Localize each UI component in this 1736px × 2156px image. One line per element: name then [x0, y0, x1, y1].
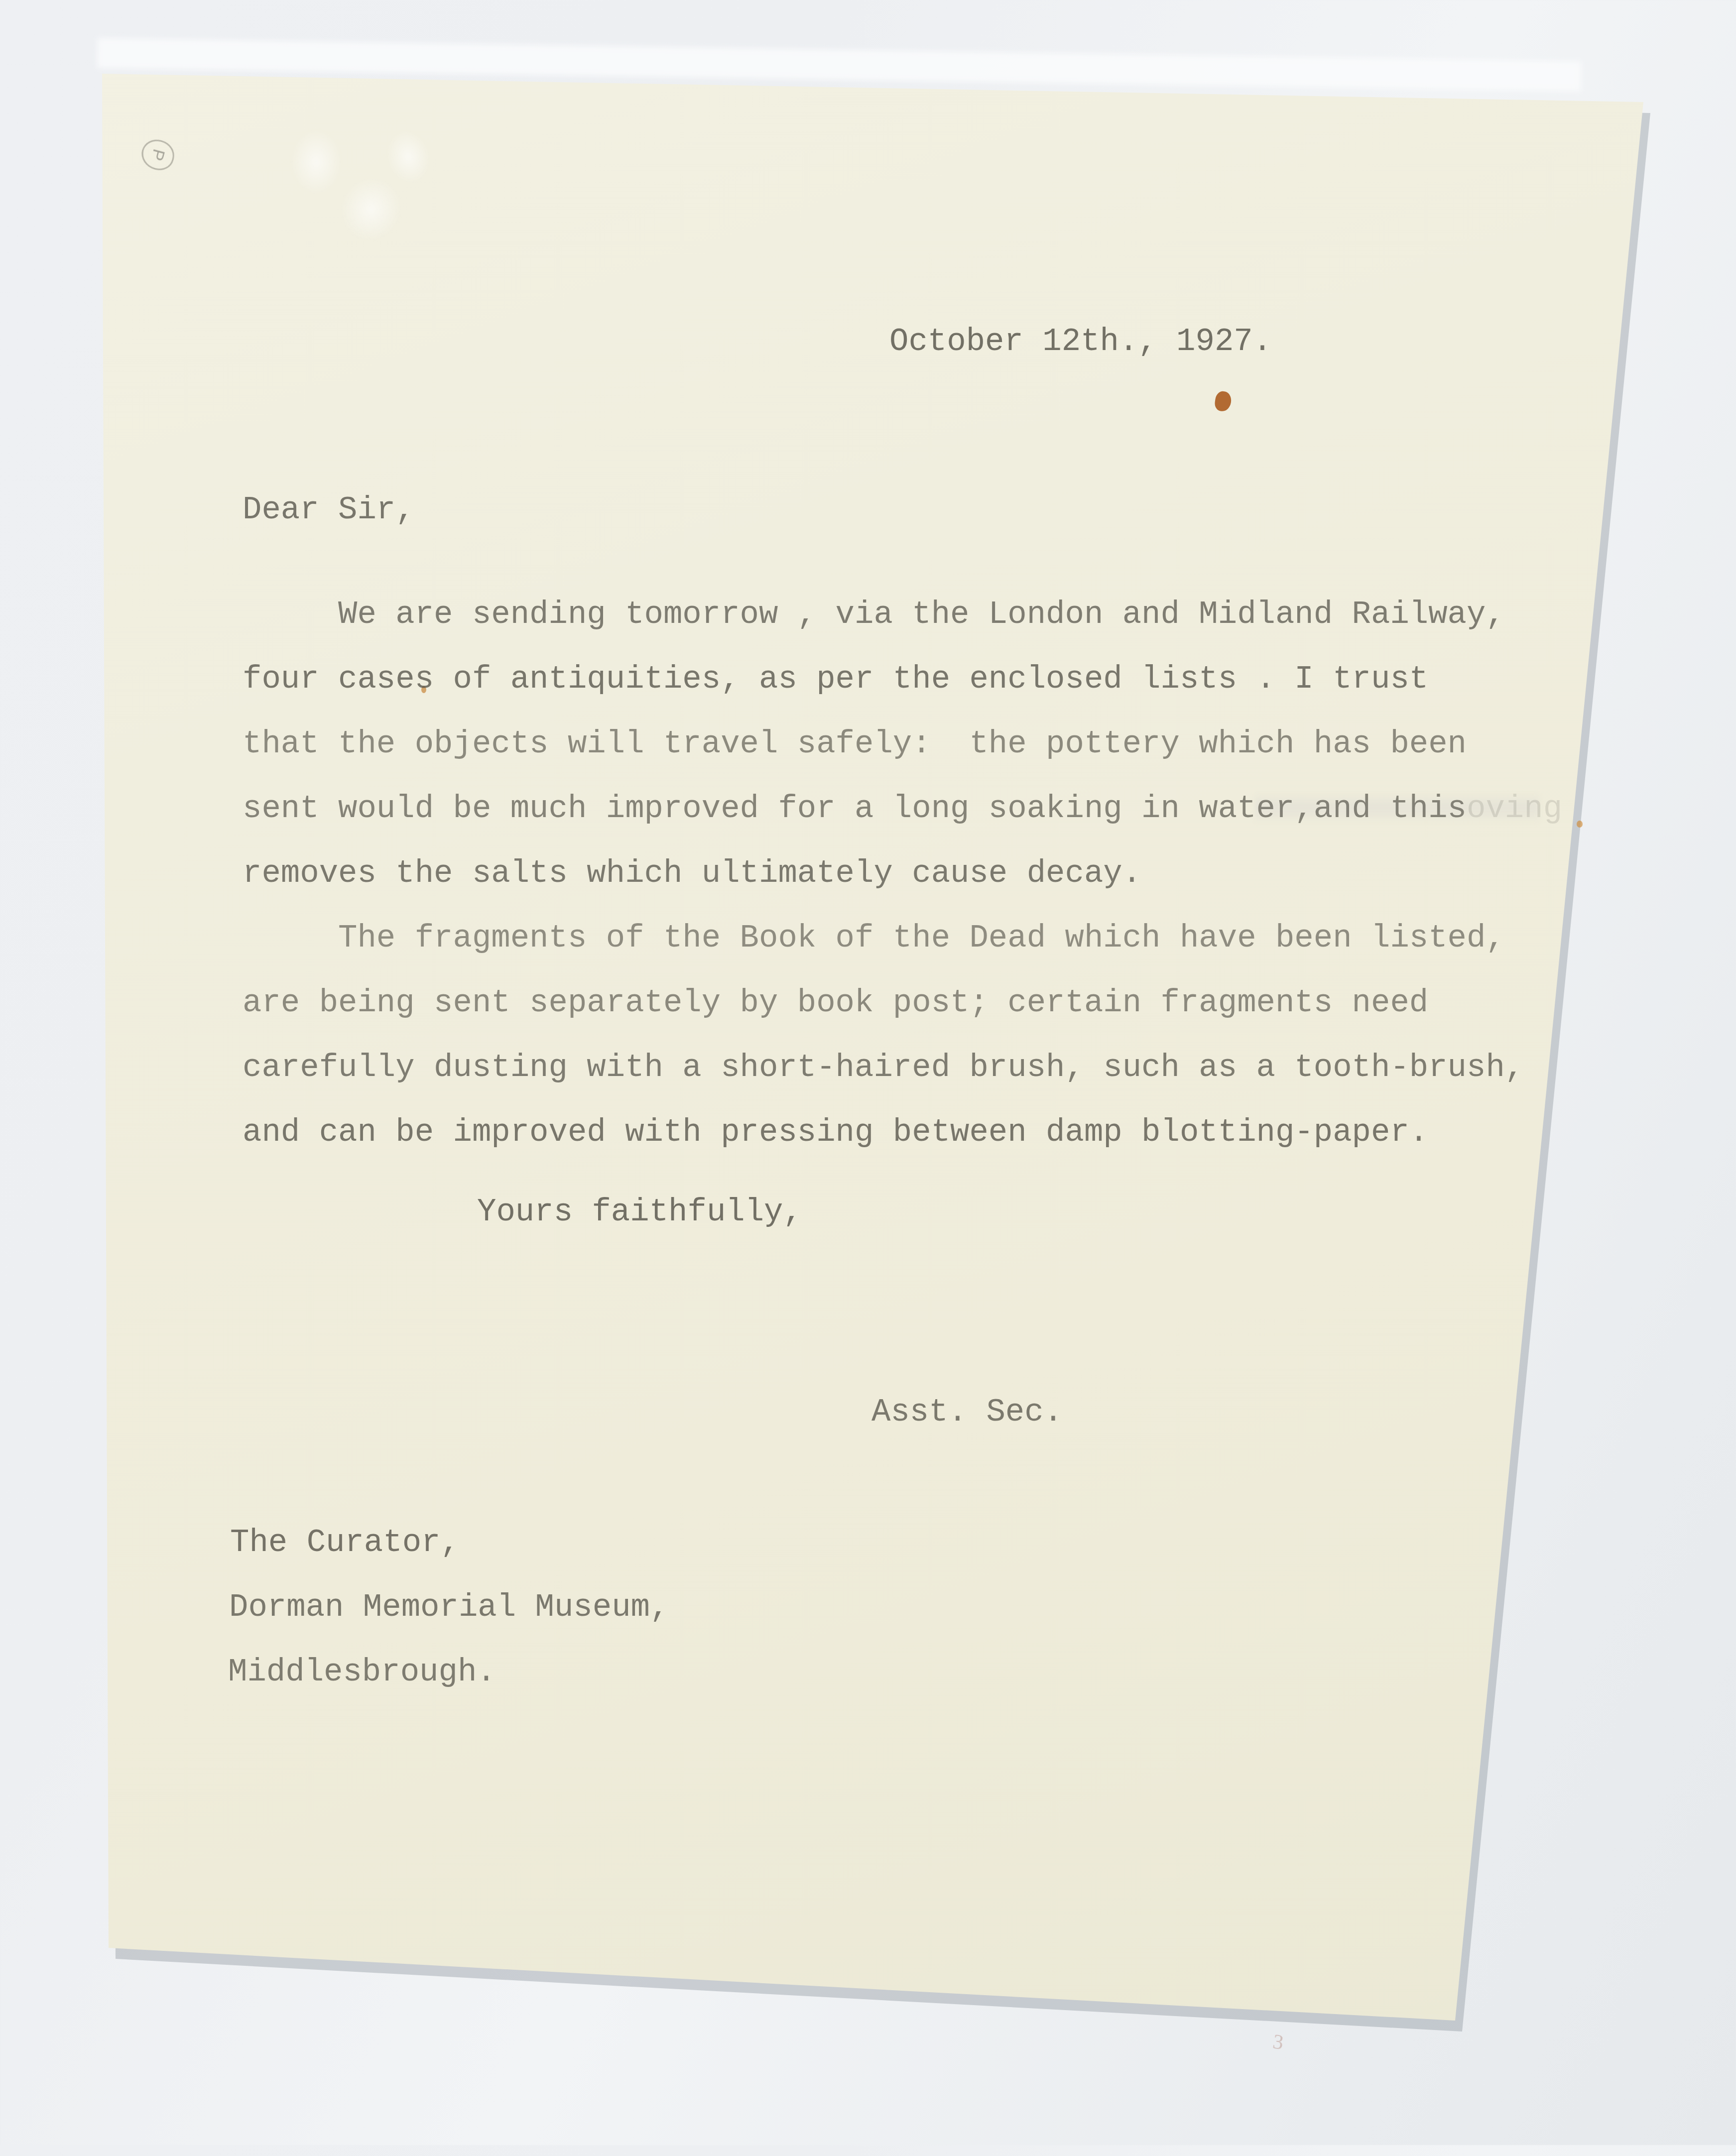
letter-line: are being sent separately by book post; …	[243, 985, 1428, 1022]
letter-line: sent would be much improved for a long s…	[243, 791, 1562, 828]
salutation: Dear Sir,	[243, 492, 415, 529]
letter-line-text: sent would be much improved for a long s…	[243, 791, 1467, 827]
pencil-page-number: 3	[1271, 2030, 1285, 2055]
letter-line: removes the salts which ultimately cause…	[243, 855, 1141, 893]
ghost-erased-text: oving	[1467, 791, 1562, 827]
recipient-line: The Curator,	[230, 1525, 460, 1562]
letter-line: The fragments of the Book of the Dead wh…	[243, 920, 1505, 958]
recipient-line: Dorman Memorial Museum,	[229, 1589, 669, 1627]
letter-line: We are sending tomorrow , via the London…	[243, 597, 1505, 634]
closing-line: Yours faithfully,	[477, 1194, 802, 1231]
signature-title: Asst. Sec.	[871, 1394, 1063, 1432]
letter-line: and can be improved with pressing betwee…	[243, 1114, 1428, 1152]
ink-speck	[1577, 821, 1583, 828]
scan-background: P October 12th., 1927. Dear Sir, We are …	[0, 0, 1736, 2145]
letter-line: carefully dusting with a short-haired br…	[243, 1050, 1524, 1087]
date-line: October 12th., 1927.	[889, 324, 1272, 361]
letter-line: four cases of antiquities, as per the en…	[243, 661, 1428, 699]
recipient-line: Middlesbrough.	[228, 1654, 496, 1691]
letter-line: that the objects will travel safely: the…	[243, 726, 1467, 763]
